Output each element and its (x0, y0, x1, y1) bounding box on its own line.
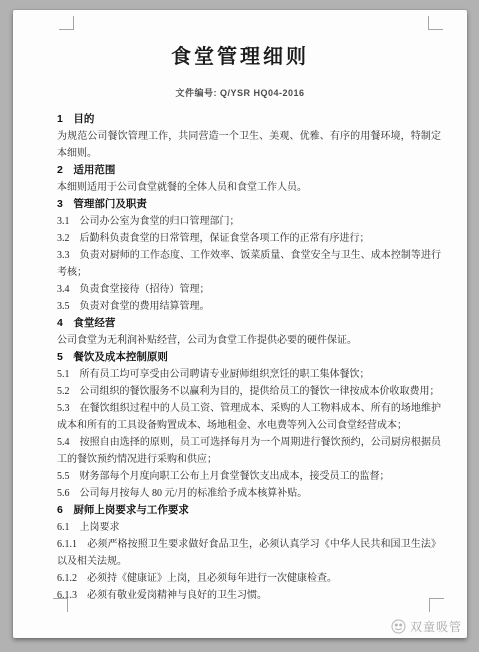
doc-paragraph: 6.1.3 必须有敬业爱岗精神与良好的卫生习惯。 (57, 587, 441, 604)
text-boundary-mark-top-right (428, 16, 443, 30)
doc-paragraph: 本细则适用于公司食堂就餐的全体人员和食堂工作人员。 (57, 179, 441, 196)
doc-paragraph: 5.6 公司每月按每人 80 元/月的标准给予成本核算补贴。 (57, 485, 441, 502)
doc-paragraph: 3.1 公司办公室为食堂的归口管理部门； (57, 213, 441, 230)
two-children-logo-icon (391, 619, 406, 634)
document-body: 1 目的 为规范公司餐饮管理工作，共同营造一个卫生、美观、优雅、有序的用餐环境，… (57, 111, 441, 604)
text-boundary-mark-top-left (59, 16, 74, 30)
page-title: 食堂管理细则 (13, 40, 467, 69)
document-page: 食堂管理细则 文件编号: Q/YSR HQ04-2016 1 目的 为规范公司餐… (13, 10, 467, 638)
doc-paragraph: 3.4 负责食堂接待（招待）管理； (57, 281, 441, 298)
section-heading: 6 厨师上岗要求与工作要求 (57, 502, 441, 519)
section-heading: 4 食堂经营 (57, 315, 441, 332)
doc-paragraph: 5.4 按照自由选择的原则，员工可选择每月为一个周期进行餐饮预约，公司厨房根据员… (57, 434, 441, 468)
doc-paragraph: 3.5 负责对食堂的费用结算管理。 (57, 298, 441, 315)
section-heading: 3 管理部门及职责 (57, 196, 441, 213)
doc-paragraph: 为规范公司餐饮管理工作，共同营造一个卫生、美观、优雅、有序的用餐环境，特制定本细… (57, 128, 441, 162)
doc-paragraph: 6.1 上岗要求 (57, 519, 441, 536)
doc-paragraph: 6.1.1 必须严格按照卫生要求做好食品卫生，必须认真学习《中华人民共和国卫生法… (57, 536, 441, 570)
section-heading: 2 适用范围 (57, 162, 441, 179)
doc-paragraph: 5.3 在餐饮组织过程中的人员工资、管理成本、采购的人工物料成本、所有的场地维护… (57, 400, 441, 434)
doc-paragraph: 3.3 负责对厨师的工作态度、工作效率、饭菜质量、食堂安全与卫生、成本控制等进行… (57, 247, 441, 281)
doc-paragraph: 5.1 所有员工均可享受由公司聘请专业厨师组织烹饪的职工集体餐饮； (57, 366, 441, 383)
section-heading: 1 目的 (57, 111, 441, 128)
doc-paragraph: 3.2 后勤科负责食堂的日常管理，保证食堂各项工作的正常有序进行； (57, 230, 441, 247)
text-boundary-mark-bottom-right (429, 598, 444, 612)
section-heading: 5 餐饮及成本控制原则 (57, 349, 441, 366)
doc-paragraph: 6.1.2 必须持《健康证》上岗，且必须每年进行一次健康检查。 (57, 570, 441, 587)
brand-watermark: 双童吸管 (391, 618, 462, 635)
brand-watermark-text: 双童吸管 (410, 618, 462, 635)
doc-paragraph: 5.5 财务部每个月度向职工公布上月食堂餐饮支出成本，接受员工的监督； (57, 468, 441, 485)
doc-number: 文件编号: Q/YSR HQ04-2016 (13, 86, 467, 99)
doc-paragraph: 公司食堂为无利润补贴经营，公司为食堂工作提供必要的硬件保证。 (57, 332, 441, 349)
doc-paragraph: 5.2 公司组织的餐饮服务不以赢利为目的，提供给员工的餐饮一律按成本价收取费用； (57, 383, 441, 400)
text-boundary-mark-bottom-left (53, 598, 68, 612)
